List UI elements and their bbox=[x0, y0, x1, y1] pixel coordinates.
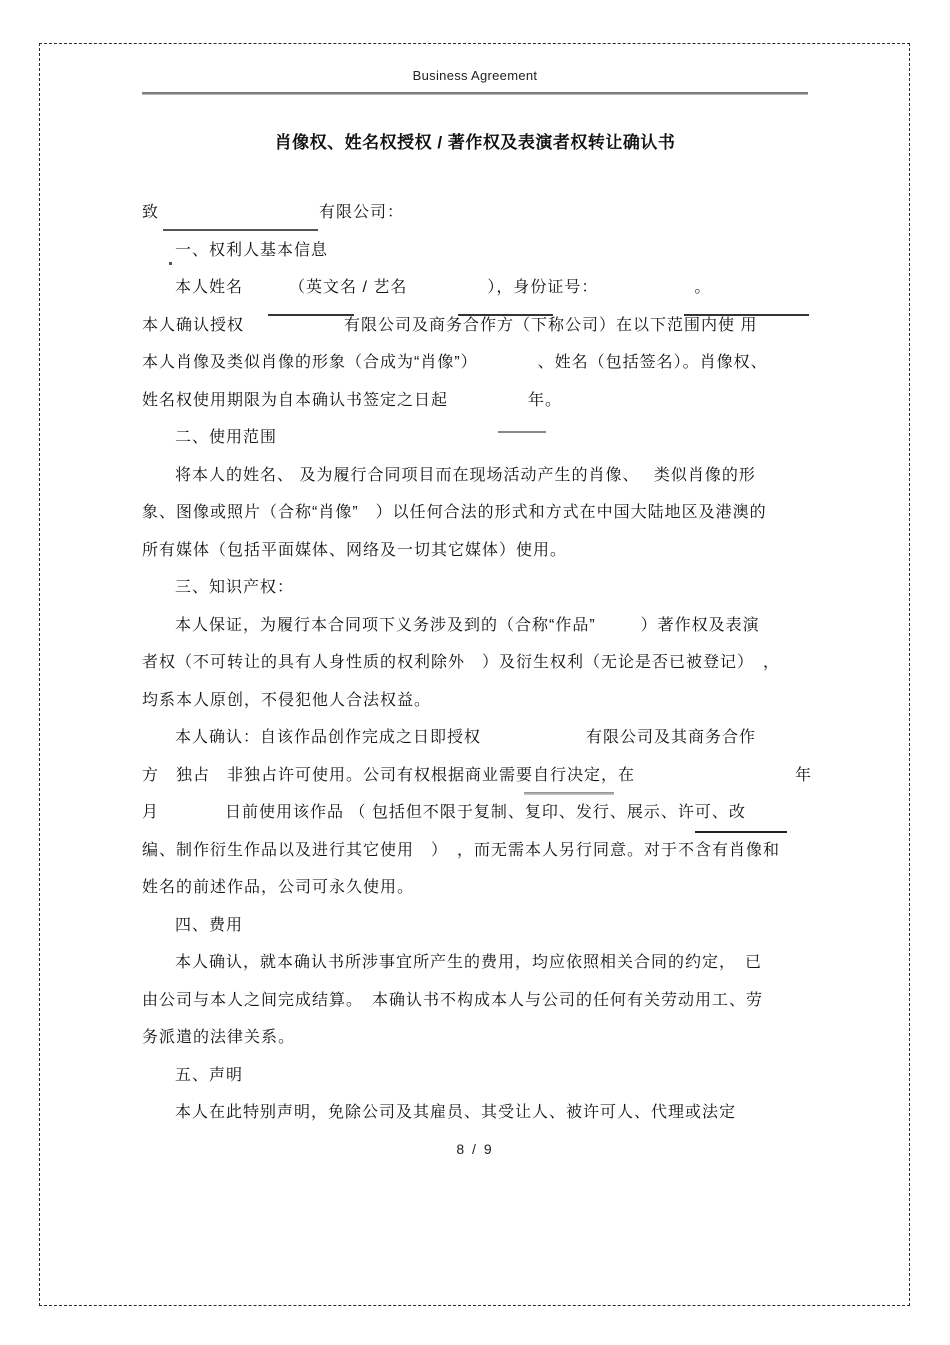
doc-text: ）著作权及表演 bbox=[641, 617, 760, 634]
doc-text: 月 bbox=[142, 804, 159, 821]
document-title: 肖像权、姓名权授权 / 著作权及表演者权转让确认书 bbox=[0, 128, 950, 153]
doc-text: 将本人的姓名、 及为履行合同项目而在现场活动产生的肖像、 类似肖像的形 bbox=[175, 467, 756, 484]
doc-text: ），身份证号： bbox=[487, 279, 598, 296]
doc-text: 本人肖像及类似肖像的形象（合成为“肖像”） bbox=[142, 354, 478, 371]
doc-text: 务派遣的法律关系。 bbox=[142, 1029, 295, 1046]
fill-in-blank bbox=[596, 629, 641, 630]
fill-in-blank-company bbox=[481, 741, 586, 742]
body-line: 本人确认，就本确认书所涉事宜所产生的费用，均应依照相关合同的约定， 已 bbox=[142, 944, 822, 982]
doc-text: 方 独占 非独占许可使用。公司有权根据商业需要自行决定，在 bbox=[142, 767, 635, 784]
section-heading: 三、知识产权： bbox=[142, 569, 822, 607]
doc-text: 编、制作衍生作品以及进行其它使用 ） ，而无需本人另行同意。对于不含有肖像和 bbox=[142, 842, 780, 859]
doc-text: 由公司与本人之间完成结算。 本确认书不构成本人与公司的任何有关劳动用工、劳 bbox=[142, 992, 763, 1009]
body-line: 本人保证，为履行本合同项下义务涉及到的（合称“作品”）著作权及表演 bbox=[142, 607, 822, 645]
fill-in-blank-english-name bbox=[407, 291, 487, 292]
fill-in-blank-day bbox=[159, 816, 225, 817]
fill-in-blank bbox=[478, 366, 538, 367]
fill-in-blank-year bbox=[635, 779, 795, 780]
fill-in-blank-company bbox=[244, 329, 344, 330]
fill-in-blank-id-number bbox=[598, 291, 694, 292]
body-line: 本人确认授权有限公司及商务合作方（下称公司）在以下范围内使 用 bbox=[142, 307, 822, 345]
fill-in-blank-name bbox=[243, 291, 289, 292]
heading-text: 五、声明 bbox=[175, 1067, 243, 1084]
doc-text: 所有媒体（包括平面媒体、网络及一切其它媒体）使用。 bbox=[142, 542, 567, 559]
doc-text: 姓名权使用期限为自本确认书签定之日起 bbox=[142, 392, 448, 409]
page-number: 8 / 9 bbox=[0, 1141, 950, 1157]
body-line: 者权（不可转让的具有人身性质的权利除外 ）及衍生权利（无论是否已被登记） ， bbox=[142, 644, 822, 682]
doc-text: 象、图像或照片（合称“肖像” ）以任何合法的形式和方式在中国大陆地区及港澳的 bbox=[142, 504, 767, 521]
doc-text: 姓名的前述作品，公司可永久使用。 bbox=[142, 879, 414, 896]
doc-text: 本人保证，为履行本合同项下义务涉及到的（合称“作品” bbox=[175, 617, 596, 634]
doc-text: 年。 bbox=[528, 392, 562, 409]
doc-text: 均系本人原创，不侵犯他人合法权益。 bbox=[142, 692, 431, 709]
heading-text: 三、知识产权： bbox=[175, 579, 294, 596]
body-line: 本人确认：自该作品创作完成之日即授权有限公司及其商务合作 bbox=[142, 719, 822, 757]
document-page: Business Agreement 肖像权、姓名权授权 / 著作权及表演者权转… bbox=[0, 0, 950, 1345]
body-line: 象、图像或照片（合称“肖像” ）以任何合法的形式和方式在中国大陆地区及港澳的 bbox=[142, 494, 822, 532]
doc-text: 、姓名（包括签名）。肖像权、 bbox=[538, 354, 768, 371]
doc-text: 本人在此特别声明，免除公司及其雇员、其受让人、被许可人、代理或法定 bbox=[175, 1104, 736, 1121]
body-line: 均系本人原创，不侵犯他人合法权益。 bbox=[142, 682, 822, 720]
heading-text: 二、使用范围 bbox=[175, 429, 277, 446]
body-line: 姓名的前述作品，公司可永久使用。 bbox=[142, 869, 822, 907]
doc-text: 本人确认授权 bbox=[142, 317, 244, 334]
body-line: 务派遣的法律关系。 bbox=[142, 1019, 822, 1057]
fill-in-blank-years bbox=[448, 404, 528, 405]
body-line: 方 独占 非独占许可使用。公司有权根据商业需要自行决定，在年 bbox=[142, 757, 822, 795]
body-line: 由公司与本人之间完成结算。 本确认书不构成本人与公司的任何有关劳动用工、劳 bbox=[142, 982, 822, 1020]
body-line: 本人姓名（英文名 / 艺名），身份证号：。 bbox=[142, 269, 822, 307]
heading-text: 四、费用 bbox=[175, 917, 243, 934]
doc-text: 本人姓名 bbox=[175, 279, 243, 296]
body-line: 月日前使用该作品 （ 包括但不限于复制、复印、发行、展示、许可、改 bbox=[142, 794, 822, 832]
body-line: 本人在此特别声明，免除公司及其雇员、其受让人、被许可人、代理或法定 bbox=[142, 1094, 822, 1132]
salutation-prefix: 致 bbox=[142, 204, 159, 221]
section-heading: 四、费用 bbox=[142, 907, 822, 945]
section-heading: 二、使用范围 bbox=[142, 419, 822, 457]
body-line: 编、制作衍生作品以及进行其它使用 ） ，而无需本人另行同意。对于不含有肖像和 bbox=[142, 832, 822, 870]
doc-text: （英文名 / 艺名 bbox=[289, 279, 407, 296]
section-heading: 一、权利人基本信息 bbox=[142, 232, 822, 270]
document-body: 致有限公司： 一、权利人基本信息 本人姓名（英文名 / 艺名），身份证号：。 本… bbox=[142, 194, 822, 1132]
doc-text: 年 bbox=[795, 767, 812, 784]
salutation-line: 致有限公司： bbox=[142, 194, 822, 232]
doc-text: 本人确认，就本确认书所涉事宜所产生的费用，均应依照相关合同的约定， 已 bbox=[175, 954, 762, 971]
doc-text: 有限公司及其商务合作 bbox=[586, 729, 756, 746]
doc-text: 日前使用该作品 （ 包括但不限于复制、复印、发行、展示、许可、改 bbox=[225, 804, 746, 821]
body-line: 所有媒体（包括平面媒体、网络及一切其它媒体）使用。 bbox=[142, 532, 822, 570]
doc-text: 本人确认：自该作品创作完成之日即授权 bbox=[175, 729, 481, 746]
salutation-suffix: 有限公司： bbox=[319, 204, 404, 221]
section-heading: 五、声明 bbox=[142, 1057, 822, 1095]
fill-in-blank-company bbox=[159, 216, 319, 217]
body-line: 本人肖像及类似肖像的形象（合成为“肖像”）、姓名（包括签名）。肖像权、 bbox=[142, 344, 822, 382]
header-rule bbox=[142, 92, 808, 95]
running-header: Business Agreement bbox=[0, 68, 950, 83]
body-line: 将本人的姓名、 及为履行合同项目而在现场活动产生的肖像、 类似肖像的形 bbox=[142, 457, 822, 495]
heading-text: 一、权利人基本信息 bbox=[175, 242, 328, 259]
doc-text: 。 bbox=[694, 279, 711, 296]
doc-text: 者权（不可转让的具有人身性质的权利除外 ）及衍生权利（无论是否已被登记） ， bbox=[142, 654, 780, 671]
body-line: 姓名权使用期限为自本确认书签定之日起年。 bbox=[142, 382, 822, 420]
doc-text: 有限公司及商务合作方（下称公司）在以下范围内使 用 bbox=[344, 317, 757, 334]
